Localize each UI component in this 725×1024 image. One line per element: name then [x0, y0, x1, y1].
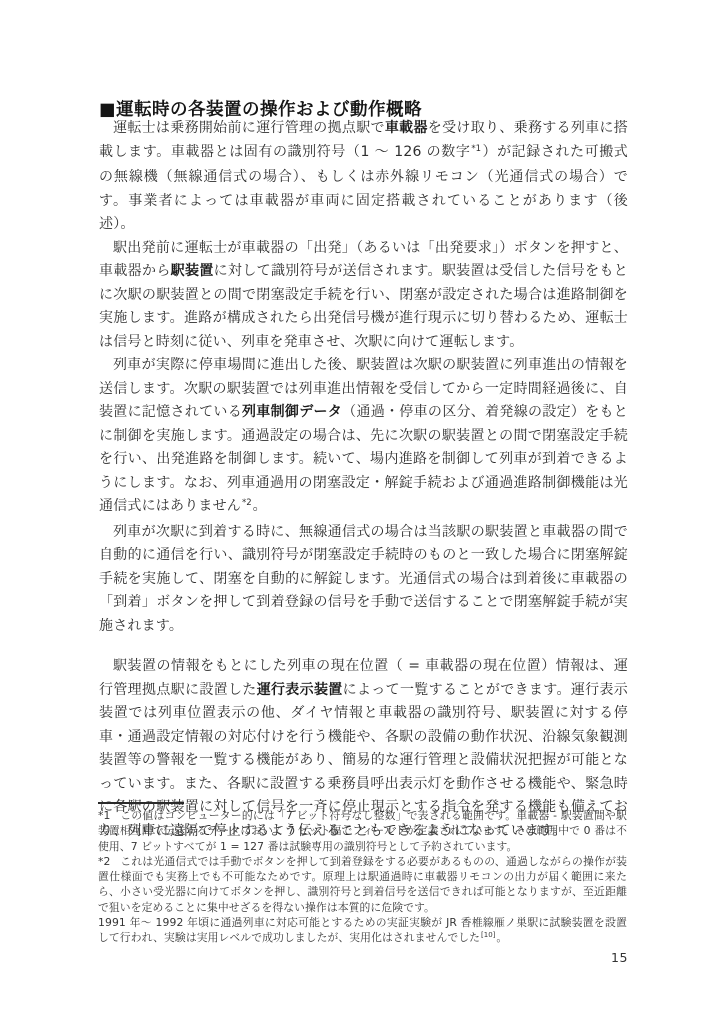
footnote-marker: *1	[98, 809, 120, 822]
footnote-text: この値はコンピューター的には「7 ビット符号なし整数」で表される範囲です。車載器…	[98, 809, 627, 853]
text-segment: 列車が次駅に到着する時に、無線通信式の場合は当該駅の駅装置と車載器の間で自動的に…	[99, 524, 628, 634]
body-text: 運転士は乗務開始前に運行管理の拠点駅で車載器を受け取り、乗務する列車に搭載します…	[99, 117, 628, 843]
paragraph-1: 運転士は乗務開始前に運行管理の拠点駅で車載器を受け取り、乗務する列車に搭載します…	[99, 117, 628, 237]
footnote-text: 。	[496, 931, 507, 944]
text-segment: 運転士は乗務開始前に運行管理の拠点駅で	[113, 120, 385, 136]
footnote-ref-1: *1	[470, 144, 482, 154]
footnote-2: *2これは光通信式では手動でボタンを押して到着登録をする必要があるものの、通過し…	[98, 854, 627, 915]
footnote-text: 1991 年～ 1992 年頃に通過列車に対応可能とするための実証実験が JR …	[98, 916, 627, 944]
text-segment: （通過・停車の区分、着発線の設定）をもとに制御を実施します。通過設定の場合は、先…	[99, 404, 628, 514]
footnote-marker: *2	[98, 855, 120, 868]
footnotes: *1この値はコンピューター的には「7 ビット符号なし整数」で表される範囲です。車…	[98, 808, 627, 948]
document-page: ■運転時の各装置の操作および動作概略 運転士は乗務開始前に運行管理の拠点駅で車載…	[0, 0, 725, 1024]
bold-term-operation-display-device: 運行表示装置	[257, 682, 343, 698]
citation-ref-10: [10]	[480, 931, 496, 939]
paragraph-4: 列車が次駅に到着する時に、無線通信式の場合は当該駅の駅装置と車載器の間で自動的に…	[99, 521, 628, 639]
text-segment: 。	[253, 498, 267, 514]
footnote-ref-2: *2	[241, 498, 253, 508]
bold-term-station-device: 駅装置	[171, 263, 214, 279]
footnote-text: これは光通信式では手動でボタンを押して到着登録をする必要があるものの、通過しなが…	[98, 855, 627, 914]
paragraph-2: 駅出発前に運転士が車載器の「出発」（あるいは「出発要求」）ボタンを押すと、車載器…	[99, 237, 628, 355]
paragraph-3: 列車が実際に停車場間に進出した後、駅装置は次駅の駅装置に列車進出の情報を送信しま…	[99, 354, 628, 521]
page-number: 15	[611, 950, 628, 965]
bold-term-onboard-device: 車載器	[385, 120, 428, 136]
footnote-divider	[98, 802, 184, 804]
footnote-1: *1この値はコンピューター的には「7 ビット符号なし整数」で表される範囲です。車…	[98, 808, 627, 854]
bold-term-train-control-data: 列車制御データ	[242, 404, 342, 420]
footnote-2-continuation: 1991 年～ 1992 年頃に通過列車に対応可能とするための実証実験が JR …	[98, 915, 627, 948]
